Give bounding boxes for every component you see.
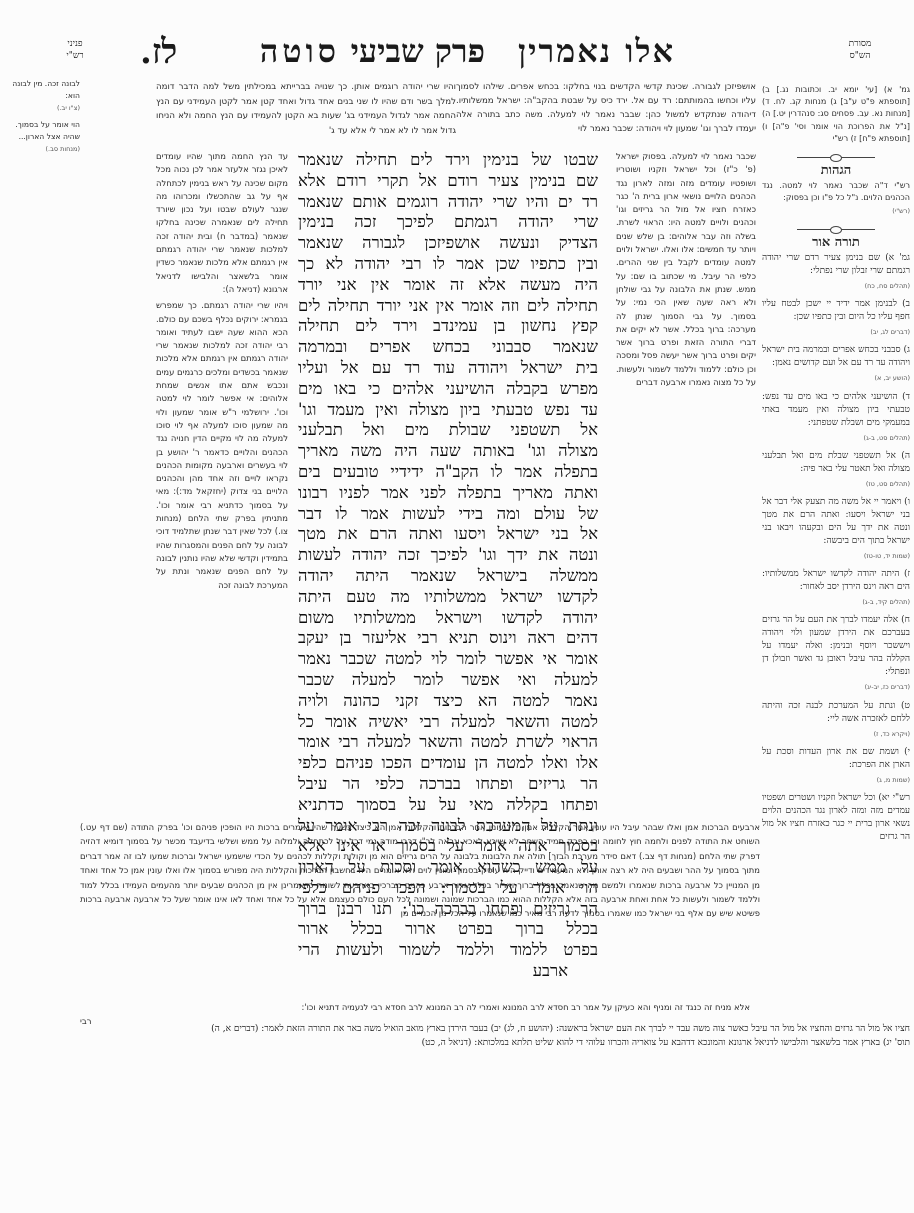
gemara-line: אל תשטפני שבולת מים ואל תבלעני (298, 420, 598, 441)
gemara-line: ופתחו בקללה מאי על על בסמוך כדתניא (298, 795, 598, 816)
verse-source: (תהלים סט, טז) (762, 478, 910, 490)
gemara-line: ממשלה בישראל שנאמר היתה יהודה (298, 566, 598, 587)
tractate-name: סוטה (260, 32, 340, 70)
rashi-column-text: שכבר נאמר לוי למעלה. בפסוק ישראל (פ' כ"ז… (616, 150, 756, 389)
masoret-hashas-label: מסורת הש"ס (830, 38, 890, 62)
torah-or-verse: ו) ויאמר יי אל משה מה תצעק אלי דבר אל בנ… (762, 496, 910, 548)
gemara-line: רד ים והיו שרי יהודה רוגמים אותם שנאמר (298, 192, 598, 213)
hagahot-text: רש"י ד"ה שכבר נאמר לוי למטה. נגד הכהנים … (762, 180, 910, 204)
tosafot-column-text-b: ויהיו שרי יהודה רגמתם. כך שמפרש בגמרא: י… (156, 299, 288, 592)
gemara-line: אל בני ישראל ויסעו ואתה הרם את מטך (298, 524, 598, 545)
hagahot-title: הגהות (762, 165, 910, 177)
hagahot-source: (רש"י) (762, 205, 910, 217)
gemara-line: של עולם ומה בידי לעשות אמר לו דבר (298, 504, 598, 525)
torah-or-verse: ג) סבבני בכחש אפרים ובמרמה בית ישראל ויה… (762, 344, 910, 370)
verse-source: (תהלים סח, כח) (762, 280, 910, 292)
gemara-text: שבטו של בנימין וירד לים תחילה שנאמר שם ב… (298, 150, 598, 810)
verse-source: (שמות מ, ג) (762, 774, 910, 786)
bottom-commentary: ארבעים הברכות אמן ואלו שבהר עיבל היו עונ… (80, 820, 760, 990)
masoret-hashas-notes: גמ' א) [עי' יומא יב. וכתובות נג.] ב) [תו… (762, 84, 910, 145)
gemara-line: דהים ראה וינוס תניא רבי אליעזר בן יעקב (298, 628, 598, 649)
gemara-line: הר גריזים ופתחו בברכה כלפי הר עיבל (298, 774, 598, 795)
verse-source: (תהלים סט, ב-ג) (762, 432, 910, 444)
gemara-line: מפרש בקבלה הושיעני אלהים כי באו מים (298, 379, 598, 400)
bottom-commentary-text: ארבעים הברכות אמן ואלו שבהר עיבל היו עונ… (80, 820, 760, 921)
gemara-line: ואתה מאריך בתפלה לפני אמר לפניו רבונו (298, 483, 598, 504)
torah-or-bottom-line: חציו אל מול הר גרזים והחציו אל מול הר עי… (60, 1022, 910, 1036)
gemara-line: אומר אי אפשר לומר לוי למטה שכבר נאמר (298, 649, 598, 670)
gemara-line: הצדיק ונעשה אושפיזכן לגבורה שנאמר (298, 233, 598, 254)
verse-source: (תהלים קיד, ב-ג) (762, 596, 910, 608)
rashi-column: שכבר נאמר לוי למעלה. בפסוק ישראל (פ' כ"ז… (616, 150, 756, 815)
daf-number: לז. (140, 32, 177, 72)
tosafot-top-text: והיו שרי יהודה רוגמים אותן. כך שנויה בבר… (156, 80, 456, 138)
gemara-line: לקדשו ישראל ממשלותיו מה טעם היתה (298, 587, 598, 608)
ornament-divider (762, 225, 910, 233)
torah-or-continuation: חציו אל מול הר גרזים והחציו אל מול הר עי… (60, 1022, 910, 1050)
gemara-line: קפץ נחשון בן עמינדב וירד לים תחילה (298, 316, 598, 337)
torah-or-verse: ד) הושיעני אלהים כי באו מים עד נפש: טבעת… (762, 391, 910, 430)
left-margin: לבונה זכה. מין לבונה הוא: (צ"ו יב.) הוי … (4, 78, 80, 178)
tosafot-column-text-a: עד הנץ החמה מתוך שהיו עומדים לאיכן נגזר … (156, 150, 288, 296)
rashi-top: אושפיזכן לגבורה. שכינת קדשי הקדשים בנוי … (456, 80, 756, 152)
tosafot-top: והיו שרי יהודה רוגמים אותן. כך שנויה בבר… (156, 80, 456, 152)
pnei-rashi-label: פניני רש"י (50, 38, 100, 62)
gemara-line: שרי יהודה רגמתם לפיכך זכה בנימין (298, 212, 598, 233)
gemara-line: יהודה לקדשו וישראל ממשלותיו משום (298, 608, 598, 629)
verse-source: (דברים לג, יב) (762, 326, 910, 338)
torah-or-verse: ט) ונתת על המערכת לבנה זכה והיתה ללחם לא… (762, 700, 910, 726)
gemara-line: נאמר למטה הא כיצד זקני כהונה ולויה (298, 691, 598, 712)
gemara-line: למעלה ואי אפשר לומר למעלה שכבר (298, 670, 598, 691)
gemara-line: בית ישראל ויהודה עוד רד עם אל ועליו (298, 358, 598, 379)
gemara-line: היה מעשה אלא זה אומר אין אני יורד (298, 275, 598, 296)
gemara-line: ונטה את ידך וגו' לפיכך זכה יהודה לעשות (298, 545, 598, 566)
gemara-line: שבטו של בנימין וירד לים תחילה שנאמר (298, 150, 598, 171)
verse-source: (ויקרא כד, ז) (762, 728, 910, 740)
rashi-top-text: אושפיזכן לגבורה. שכינת קדשי הקדשים בנוי … (456, 80, 756, 136)
verse-source: (הושע יב, א) (762, 372, 910, 384)
left-note-source: (צ"ו יב.) (4, 102, 80, 114)
torah-or-verse: גמ' א) שם בנימן צעיר רדם שרי יהודה רגמתם… (762, 252, 910, 278)
verse-source: (דברים כז, יב-יג) (762, 681, 910, 693)
chapter-name: אלו נאמרין (518, 32, 675, 70)
torah-or-bottom-line: תוס' יג) בארץ אמר בלשאצר והלבישו לדניאל … (60, 1036, 910, 1050)
torah-or-verse: ה) אל תשטפני שבלת מים ואל תבלעני מצולה ו… (762, 450, 910, 476)
gemara-line: בתפלה אמר לו הקב"ה ידידיי טובעים בים (298, 462, 598, 483)
gemara-line: למטה והשאר למעלה רבי יאשיה אומר כל (298, 712, 598, 733)
right-margin: גמ' א) [עי' יומא יב. וכתובות נג.] ב) [תו… (762, 60, 910, 1020)
gemara-line: הראוי לשרת למטה והשאר למעלה רבי אומר (298, 732, 598, 753)
left-note: לבונה זכה. מין לבונה הוא: (4, 78, 80, 102)
gemara-line: מצולה וגו' באותה שעה היה משה מאריך (298, 441, 598, 462)
torah-or-verse: ז) היתה יהודה לקדשו ישראל ממשלותיו: הים … (762, 568, 910, 594)
gemara-line: שם בנימין צעיר רודם אל תקרי רודם אלא (298, 171, 598, 192)
torah-or-verse: רש"י יא) וכל ישראל וזקניו ושטרים ושפטיו … (762, 792, 910, 844)
torah-or-verse: י) ושמת שם את ארון העדות וסכת על הארן את… (762, 746, 910, 772)
gemara-line: תחילה לים וזה אומר אין אני יורד תחילה לי… (298, 296, 598, 317)
chapter-number: פרק שביעי (351, 32, 485, 70)
tosafot-column: עד הנץ החמה מתוך שהיו עומדים לאיכן נגזר … (156, 150, 288, 815)
talmud-page: מסורת הש"ס אלו נאמרין פרק שביעי סוטה לז.… (0, 0, 914, 1213)
gemara-line: אלו ואלו למטה הן עומדים הפכו פניהם כלפי (298, 753, 598, 774)
torah-or-title: תורה אור (762, 237, 910, 249)
gemara-line: עד נפש טבעתי ביון מצולה ואין מעמד וגו' (298, 400, 598, 421)
ornament-divider (762, 153, 910, 161)
left-note-source: (מנחות סב.) (4, 143, 80, 155)
gemara-line: שנאמר סבבוני בכחש אפרים ובמרמה (298, 337, 598, 358)
bottom-tail-line: אלא מניח זה כנגד זה ומניף והא כעיקן על א… (60, 1000, 750, 1014)
torah-or-verse: ב) לבנימן אמר ידיד יי ישכן לבטח עליו חפף… (762, 298, 910, 324)
left-note: הוי אומר על בסמוך. שהיה אצל הארון... (4, 119, 80, 143)
verse-source: (שמות יד, טו-טז) (762, 550, 910, 562)
gemara-line: ובין כתפיו שכן אמר לו רבי יהודה לא כך (298, 254, 598, 275)
torah-or-verse: ח) אלה יעמדו לברך את העם על הר גרזים בעב… (762, 614, 910, 679)
page-header: מסורת הש"ס אלו נאמרין פרק שביעי סוטה לז.… (60, 36, 860, 76)
